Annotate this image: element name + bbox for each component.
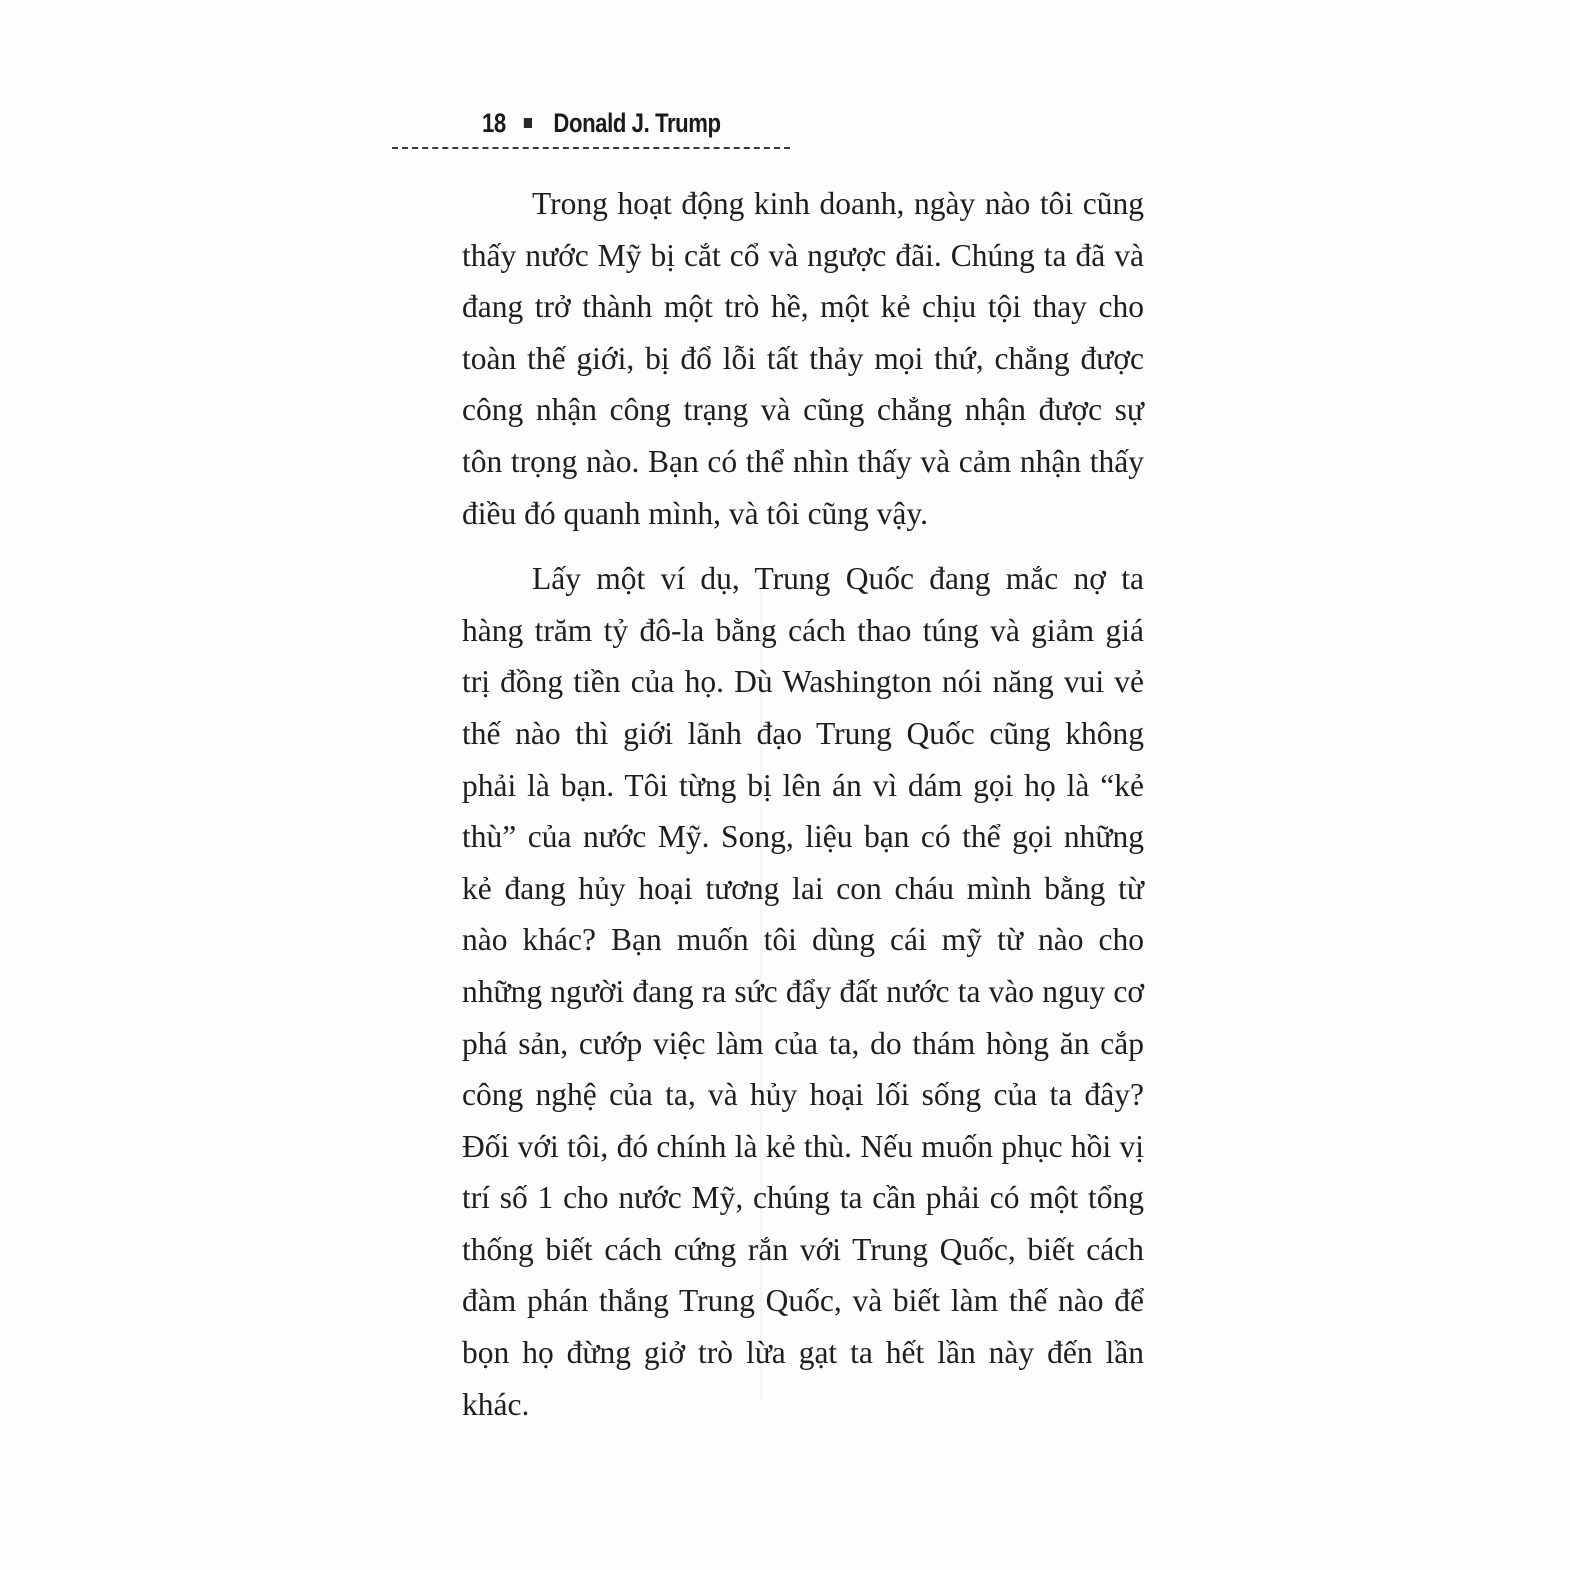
running-head: 18Donald J. Trump: [392, 104, 790, 152]
book-page: 18Donald J. Trump Trong hoạt động kinh d…: [0, 0, 1570, 1570]
paragraph-2: Lấy một ví dụ, Trung Quốc đang mắc nợ ta…: [462, 553, 1144, 1430]
dashed-rule: [392, 147, 790, 149]
author-name: Donald J. Trump: [553, 108, 720, 138]
body-text: Trong hoạt động kinh doanh, ngày nào tôi…: [462, 178, 1144, 1430]
paragraph-1: Trong hoạt động kinh doanh, ngày nào tôi…: [462, 178, 1144, 539]
running-head-line: 18Donald J. Trump: [482, 108, 721, 139]
square-bullet-icon: [524, 118, 532, 128]
page-number: 18: [482, 108, 506, 138]
